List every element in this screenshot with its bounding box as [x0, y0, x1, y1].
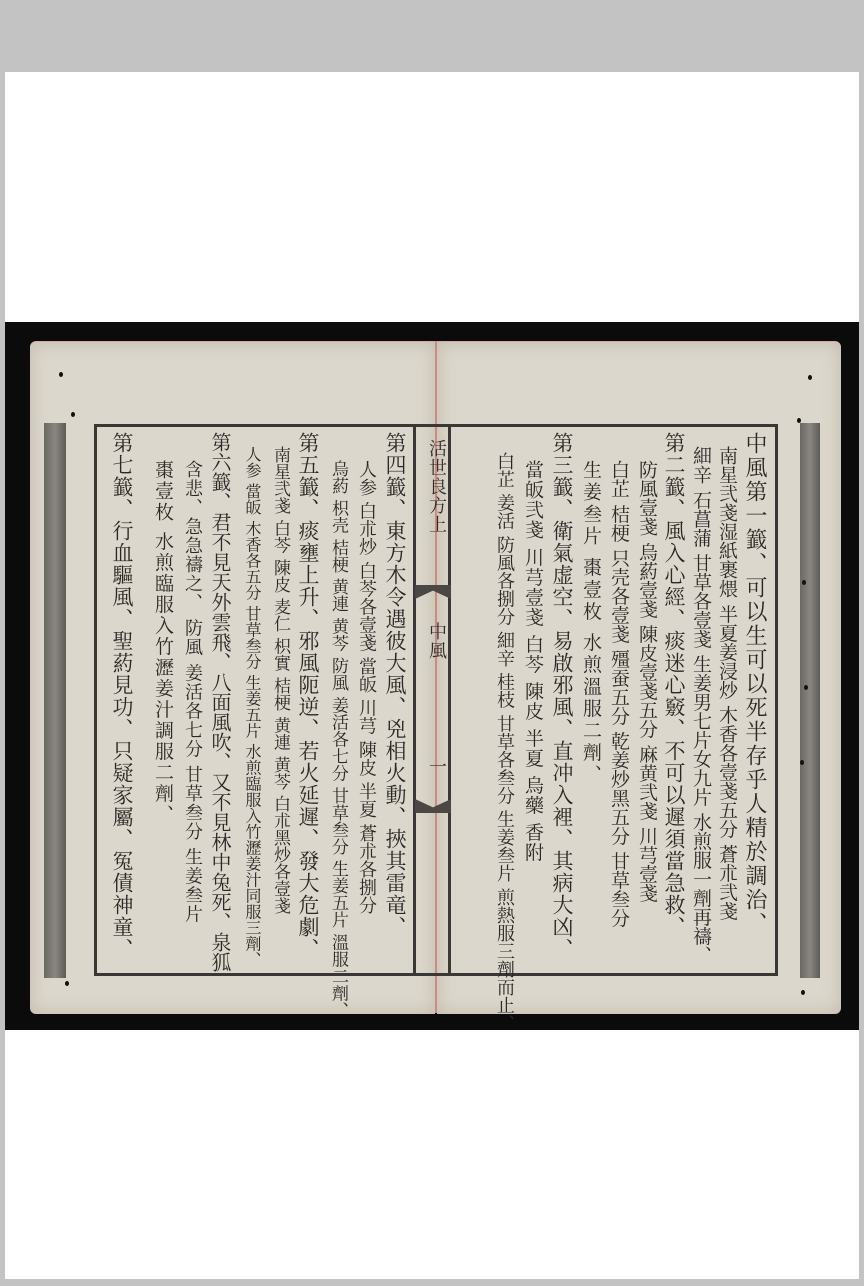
stitch-hole — [801, 990, 805, 995]
center-margin-column: 活世良方上 中風 一 — [415, 424, 451, 976]
right-column-8: 第三籖、衛氣虚空、易啟邪風、直冲入裡、其病大凶、 — [550, 432, 574, 960]
stitch-hole — [797, 418, 801, 423]
left-column-1: 第四籖、東方木令遇彼大風、兇相火動、挾其雷竜、 — [383, 432, 407, 938]
stitch-hole — [65, 981, 69, 986]
stitch-hole — [802, 580, 806, 585]
left-column-6: 人参 當皈 木香各五分 甘草叁分 生姜五片 水煎臨服入竹瀝姜汁同服三劑、 — [243, 446, 262, 967]
left-column-5: 南星弐戔 白芩 陳皮 麦仁 枳實 桔梗 黄連 黄芩 白朮黑炒各壹戔 — [270, 446, 290, 914]
right-column-7: 生姜叁片 棗壹枚 水煎溫服二劑、 — [580, 460, 602, 786]
left-column-3: 烏葯 枳壳 桔梗 黄連 黄芩 防風 姜活各七分 甘草叁分 生姜五片 溫服二劑、 — [328, 460, 348, 1019]
stitch-hole — [71, 412, 75, 417]
book-title: 活世良方上 — [423, 439, 449, 534]
page-number: 一 — [423, 757, 449, 776]
stitch-hole — [808, 375, 812, 380]
left-column-9: 棗壹枚 水煎臨服入竹瀝姜汁調服二劑、 — [152, 460, 174, 825]
left-column-8: 含悲、急急禱之、 防風 姜活各七分 甘草叁分 生姜叁片 — [182, 460, 203, 924]
right-column-6: 白芷 桔梗 只壳各壹戔 殭蚕五分 乾姜炒黑五分 甘草叁分 — [608, 460, 630, 927]
fish-tail-bottom-ornament — [415, 799, 451, 813]
left-column-4: 第五籖、痰壅上升、邪風阨逆、若火延遲、發大危劇、 — [296, 432, 320, 960]
right-column-4: 第二籖、風入心經、痰迷心竅、不可以遲須當急救、 — [662, 432, 686, 938]
stitch-hole — [804, 685, 808, 690]
section-title: 中風 — [423, 622, 449, 660]
right-column-5: 防風壹戔 烏葯壹戔 陳皮壹戔五分 麻黄弐戔 川芎壹戔 — [636, 460, 658, 902]
right-column-10: 白芷 姜活 防風各捌分 細辛 桂枝 甘草各叁分 生姜叁片 煎熱服三劑而止、 — [494, 452, 514, 1032]
right-column-1: 中風第一籖、可以生可以死半存乎人精於調治、 — [742, 432, 766, 936]
left-margin-bar — [44, 423, 66, 978]
fish-tail-top-ornament — [415, 585, 451, 599]
stitch-hole — [800, 760, 804, 765]
left-column-2: 人参 白朮炒 白芩各壹戔 當皈 川芎 陳皮 半夏 蒼朮各捌分 — [356, 460, 377, 914]
right-column-2: 南星弐戔湿紙裹煨 半夏姜浸炒 木香各壹戔五分 蒼朮弐戔 — [716, 446, 738, 920]
right-margin-bar — [800, 423, 820, 978]
left-column-10: 第七籖、行血驅風、聖葯見功、只疑家屬、冤債神童、 — [110, 432, 134, 960]
left-column-7: 第六籖、君不見天外雲飛、八面風吹、又不見林中兔死、泉狐 — [208, 432, 232, 972]
right-column-9: 當皈弐戔 川芎壹戔 白芩 陳皮 半夏 烏藥 香附 — [522, 460, 544, 862]
right-column-3: 細辛 石菖蒲 甘草各壹戔 生姜男七片女九片 水煎服一劑再禱、 — [690, 446, 712, 964]
stitch-hole — [59, 372, 63, 377]
